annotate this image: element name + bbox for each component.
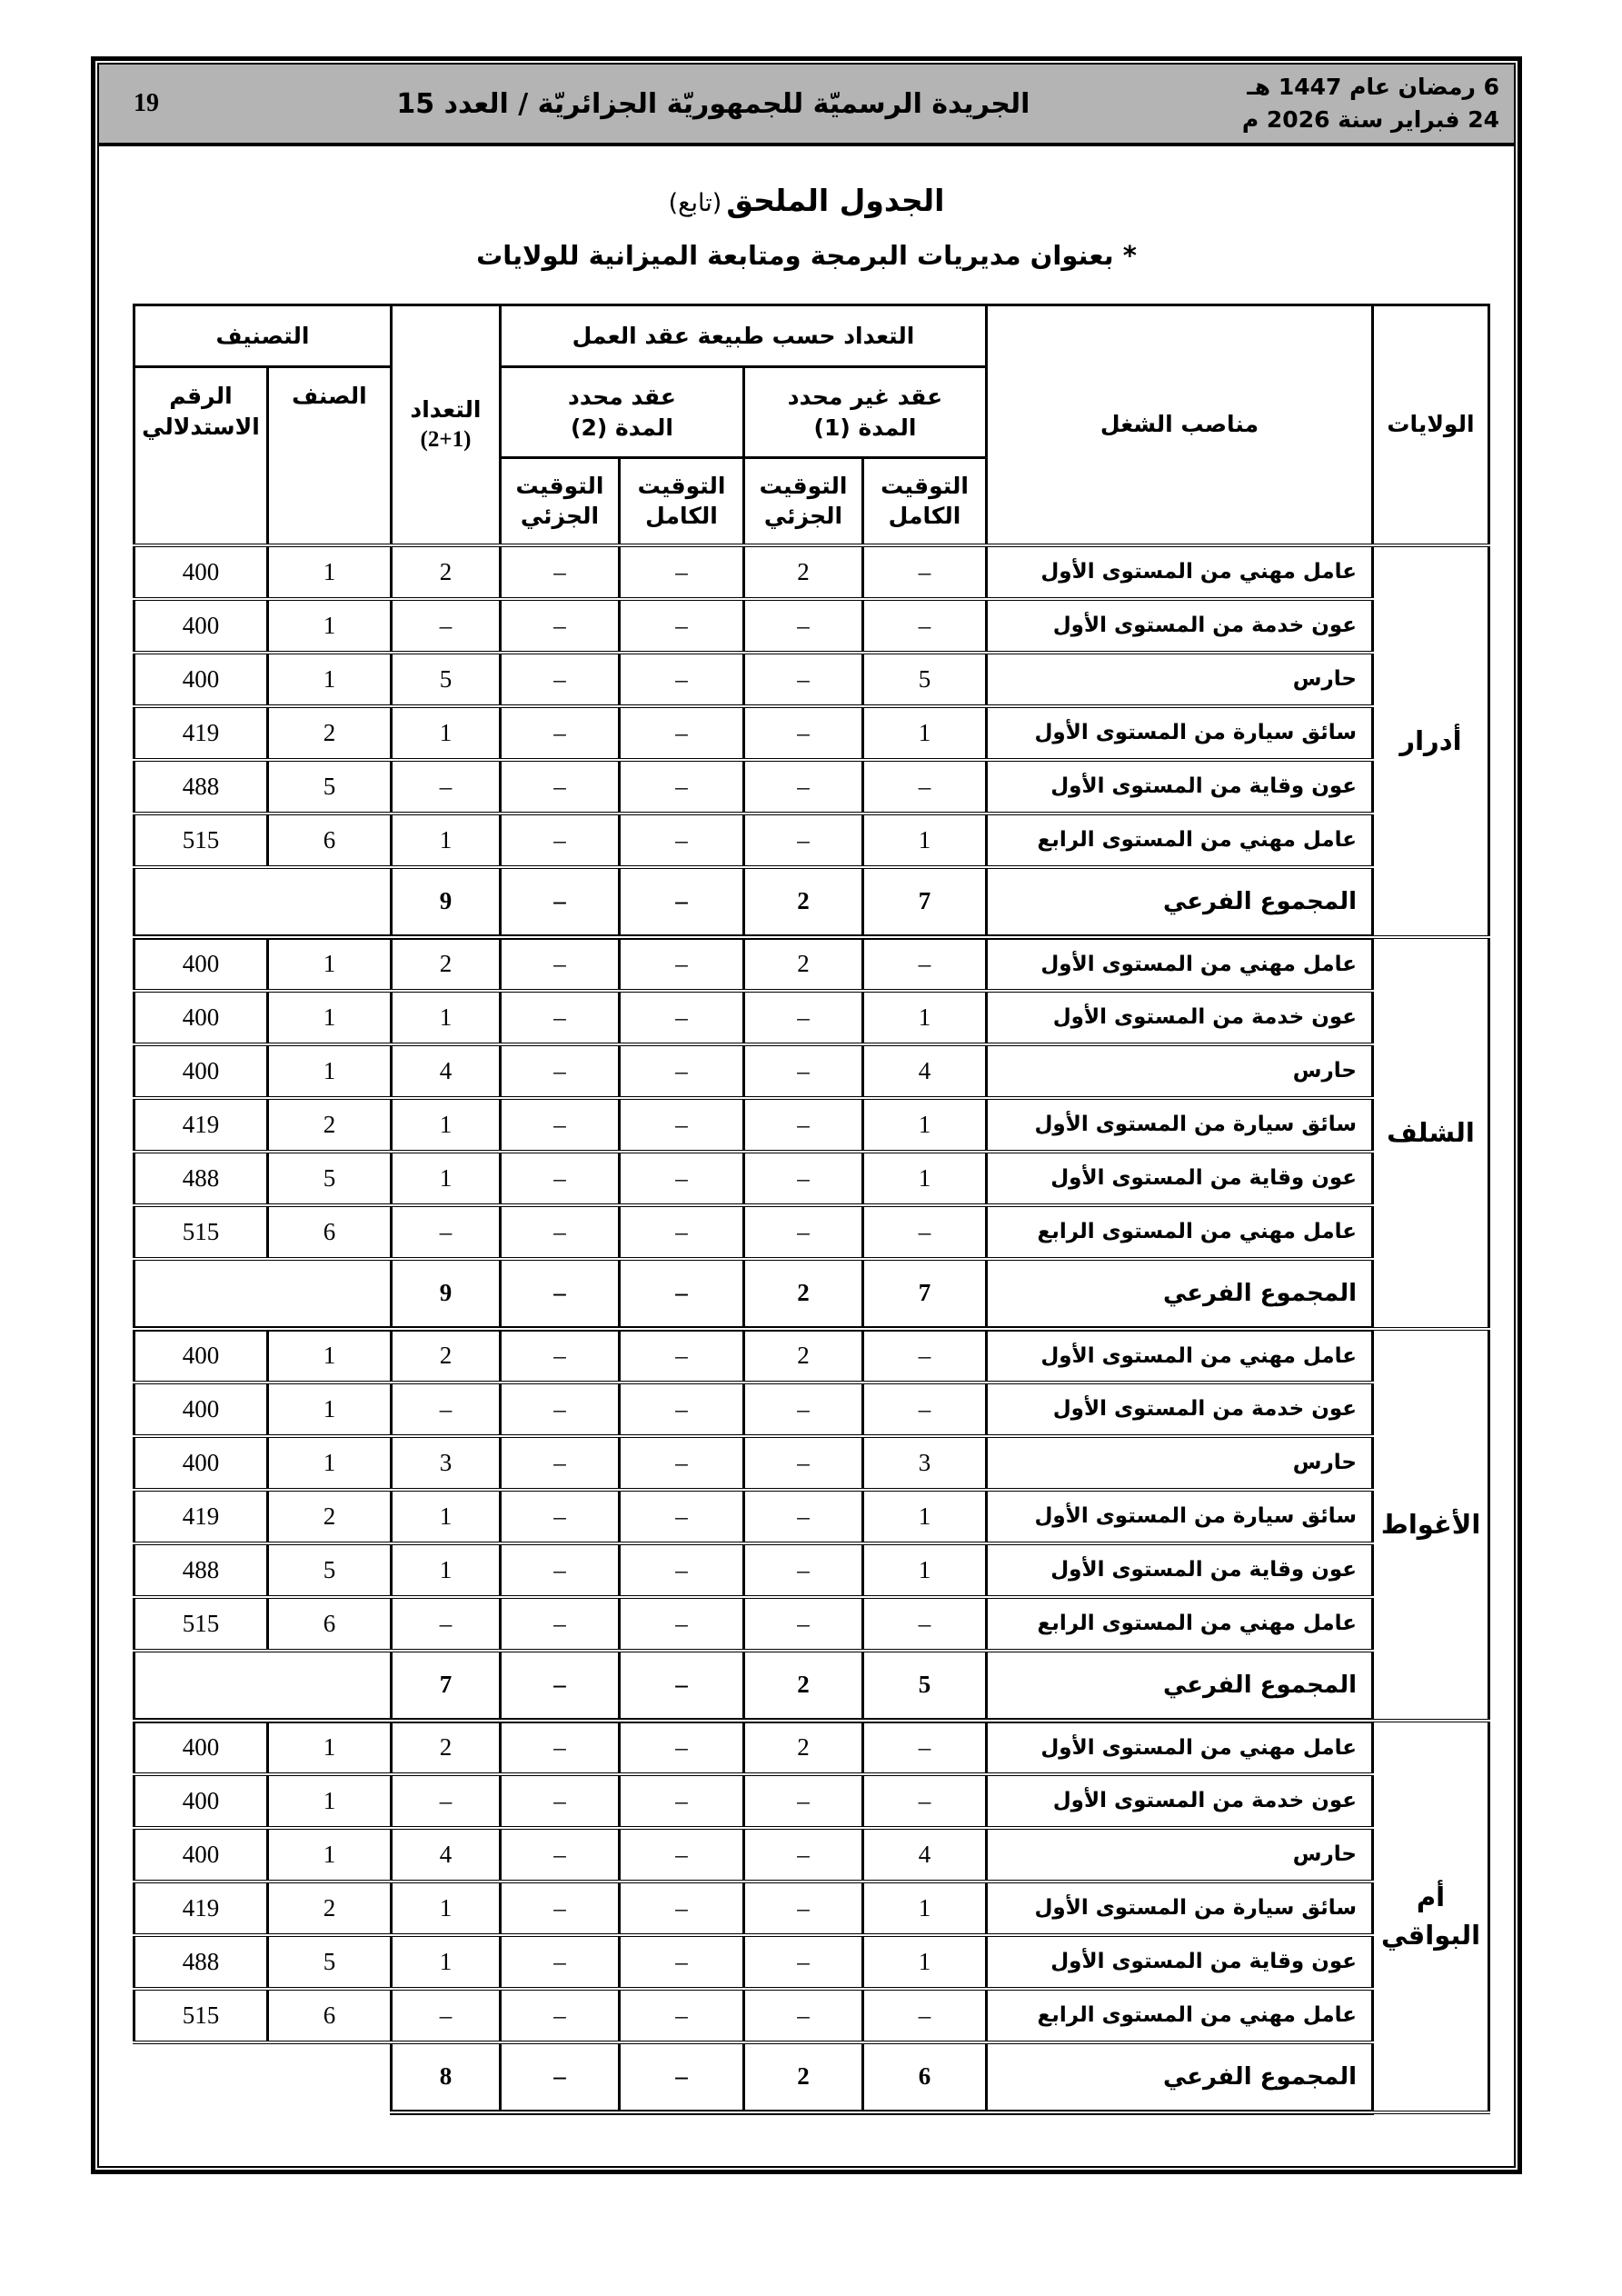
cell-total: 1 (391, 991, 500, 1044)
cell-c2-part: – (500, 1383, 619, 1436)
cell-c2-part: – (500, 1989, 619, 2042)
subtotal-blank-cell (134, 1259, 391, 1329)
cell-total: 1 (391, 1490, 500, 1543)
cell-index: 400 (134, 1329, 267, 1383)
cell-c1-part: – (744, 814, 863, 867)
cell-c2-full: – (620, 1152, 744, 1205)
cell-c2-full: – (620, 1543, 744, 1597)
cell-total: 2 (391, 937, 500, 991)
cell-index: 488 (134, 760, 267, 814)
cell-wilaya: أدرار (1373, 545, 1489, 937)
table-row: عون وقاية من المستوى الأول–––––5488 (134, 760, 1488, 814)
cell-c1-part: – (744, 1383, 863, 1436)
gazette-title: الجريدة الرسميّة للجمهوريّة الجزائريّة /… (184, 88, 1242, 120)
cell-c1-part: – (744, 1436, 863, 1490)
table-row: عون وقاية من المستوى الأول1–––15488 (134, 1935, 1488, 1989)
cell-c2-full: – (620, 1882, 744, 1935)
cell-grade: 1 (267, 1436, 391, 1490)
cell-c1-part: – (744, 1205, 863, 1259)
cell-c1-full: 4 (863, 1828, 987, 1882)
cell-c1-part: 2 (744, 1329, 863, 1383)
cell-index: 419 (134, 706, 267, 760)
cell-c2-full: – (620, 1935, 744, 1989)
header-c1-part-time: التوقيت الجزئي (744, 458, 863, 545)
cell-index: 515 (134, 1989, 267, 2042)
cell-total: – (391, 1597, 500, 1651)
cell-job: عون وقاية من المستوى الأول (987, 1152, 1373, 1205)
cell-grade: 2 (267, 1098, 391, 1152)
annex-title: الجدول الملحق (تابع) (99, 183, 1514, 218)
cell-c1-part: – (744, 1044, 863, 1098)
cell-index: 419 (134, 1098, 267, 1152)
issue-dates: 6 رمضان عام 1447 هـ 24 فبراير سنة 2026 م (1242, 71, 1514, 137)
cell-total: – (391, 1989, 500, 2042)
cell-c2-part: – (500, 1205, 619, 1259)
cell-c2-full: – (620, 1721, 744, 1774)
subtotal-value-cell: – (500, 1259, 619, 1329)
cell-grade: 2 (267, 706, 391, 760)
header-total-word: التعداد (398, 394, 493, 425)
cell-total: – (391, 1383, 500, 1436)
cell-grade: 1 (267, 937, 391, 991)
cell-c2-full: – (620, 1044, 744, 1098)
cell-c2-part: – (500, 1098, 619, 1152)
header-c2-part-time: التوقيت الجزئي (500, 458, 619, 545)
cell-c1-full: 1 (863, 1098, 987, 1152)
cell-c2-full: – (620, 937, 744, 991)
cell-c1-full: 1 (863, 1152, 987, 1205)
cell-c1-full: 4 (863, 1044, 987, 1098)
cell-job: عون خدمة من المستوى الأول (987, 991, 1373, 1044)
cell-c1-part: – (744, 1098, 863, 1152)
cell-total: 1 (391, 706, 500, 760)
cell-c1-full: – (863, 545, 987, 599)
cell-c1-full: 1 (863, 814, 987, 867)
cell-grade: 5 (267, 760, 391, 814)
cell-c2-full: – (620, 1383, 744, 1436)
subtotal-row: المجموع الفرعي72––9 (134, 1259, 1488, 1329)
cell-c1-full: – (863, 1597, 987, 1651)
cell-c2-part: – (500, 991, 619, 1044)
cell-c1-part: 2 (744, 937, 863, 991)
subtotal-value-cell: 2 (744, 867, 863, 937)
cell-c2-full: – (620, 1597, 744, 1651)
table-row: عون وقاية من المستوى الأول1–––15488 (134, 1543, 1488, 1597)
cell-grade: 1 (267, 1721, 391, 1774)
annex-title-main: الجدول الملحق (726, 183, 944, 218)
subtotal-blank-cell (134, 2042, 391, 2112)
date-gregorian: 24 فبراير سنة 2026 م (1242, 104, 1499, 136)
table-header: الولايات مناصب الشغل التعداد حسب طبيعة ع… (134, 305, 1488, 545)
cell-grade: 1 (267, 1774, 391, 1828)
cell-job: عامل مهني من المستوى الأول (987, 937, 1373, 991)
masthead-band: 6 رمضان عام 1447 هـ 24 فبراير سنة 2026 م… (99, 65, 1514, 146)
cell-c1-full: 3 (863, 1436, 987, 1490)
cell-c2-part: – (500, 1436, 619, 1490)
header-wilayas: الولايات (1373, 305, 1489, 545)
cell-c1-full: – (863, 937, 987, 991)
cell-c2-part: – (500, 599, 619, 653)
table-row: سائق سيارة من المستوى الأول1–––12419 (134, 1882, 1488, 1935)
table-row: الشلفعامل مهني من المستوى الأول–2––21400 (134, 937, 1488, 991)
cell-grade: 1 (267, 545, 391, 599)
cell-c1-part: – (744, 760, 863, 814)
header-contract-open-ended: عقد غير محدد المدة (1) (744, 367, 987, 458)
table-row: أم البواقيعامل مهني من المستوى الأول–2––… (134, 1721, 1488, 1774)
cell-grade: 6 (267, 1205, 391, 1259)
subtotal-label-cell: المجموع الفرعي (987, 867, 1373, 937)
cell-total: – (391, 1774, 500, 1828)
header-c1-full-time: التوقيت الكامل (863, 458, 987, 545)
cell-grade: 1 (267, 1828, 391, 1882)
cell-c1-part: – (744, 1774, 863, 1828)
cell-c1-full: – (863, 1329, 987, 1383)
cell-grade: 5 (267, 1543, 391, 1597)
table-row: عامل مهني من المستوى الرابع–––––6515 (134, 1989, 1488, 2042)
cell-c1-part: – (744, 1882, 863, 1935)
cell-grade: 5 (267, 1935, 391, 1989)
header-contract-open-line2: المدة (1) (751, 413, 980, 444)
cell-c1-full: 1 (863, 1882, 987, 1935)
subtotal-value-cell: 2 (744, 1651, 863, 1721)
cell-c1-part: – (744, 1543, 863, 1597)
cell-c2-part: – (500, 760, 619, 814)
cell-total: 2 (391, 1721, 500, 1774)
table-row: حارس3–––31400 (134, 1436, 1488, 1490)
cell-index: 419 (134, 1882, 267, 1935)
cell-total: 4 (391, 1828, 500, 1882)
cell-index: 488 (134, 1935, 267, 1989)
cell-job: عامل مهني من المستوى الرابع (987, 814, 1373, 867)
cell-c2-part: – (500, 1935, 619, 1989)
table-row: سائق سيارة من المستوى الأول1–––12419 (134, 1490, 1488, 1543)
cell-c1-full: – (863, 1989, 987, 2042)
header-total: التعداد (2+1) (391, 305, 500, 545)
subtotal-row: المجموع الفرعي52––7 (134, 1651, 1488, 1721)
cell-job: عون وقاية من المستوى الأول (987, 760, 1373, 814)
subtotal-value-cell: – (500, 2042, 619, 2112)
cell-c1-part: 2 (744, 1721, 863, 1774)
header-jobs: مناصب الشغل (987, 305, 1373, 545)
cell-index: 400 (134, 1383, 267, 1436)
cell-index: 400 (134, 991, 267, 1044)
cell-index: 400 (134, 1721, 267, 1774)
subtotal-value-cell: 9 (391, 1259, 500, 1329)
table-row: سائق سيارة من المستوى الأول1–––12419 (134, 1098, 1488, 1152)
cell-index: 400 (134, 937, 267, 991)
table-body: أدرارعامل مهني من المستوى الأول–2––21400… (134, 545, 1488, 2112)
cell-index: 515 (134, 1205, 267, 1259)
cell-c2-full: – (620, 599, 744, 653)
cell-c1-full: 1 (863, 1543, 987, 1597)
cell-job: سائق سيارة من المستوى الأول (987, 706, 1373, 760)
cell-index: 400 (134, 1828, 267, 1882)
cell-total: 1 (391, 1543, 500, 1597)
header-contract-open-line1: عقد غير محدد (751, 382, 980, 413)
cell-c1-part: – (744, 1828, 863, 1882)
table-row: عامل مهني من المستوى الرابع1–––16515 (134, 814, 1488, 867)
page-frame: 6 رمضان عام 1447 هـ 24 فبراير سنة 2026 م… (91, 56, 1522, 2174)
cell-c2-full: – (620, 760, 744, 814)
cell-index: 488 (134, 1543, 267, 1597)
annex-subtitle: * بعنوان مديريات البرمجة ومتابعة الميزان… (99, 240, 1514, 271)
cell-c2-full: – (620, 1098, 744, 1152)
cell-index: 400 (134, 1044, 267, 1098)
subtotal-row: المجموع الفرعي72––9 (134, 867, 1488, 937)
cell-c2-part: – (500, 1490, 619, 1543)
annex-title-continued: (تابع) (669, 189, 722, 217)
subtotal-label-cell: المجموع الفرعي (987, 2042, 1373, 2112)
cell-job: سائق سيارة من المستوى الأول (987, 1098, 1373, 1152)
cell-job: عامل مهني من المستوى الرابع (987, 1205, 1373, 1259)
cell-c1-part: – (744, 599, 863, 653)
cell-c2-full: – (620, 1490, 744, 1543)
cell-job: سائق سيارة من المستوى الأول (987, 1490, 1373, 1543)
cell-grade: 1 (267, 991, 391, 1044)
header-classification: التصنيف (134, 305, 391, 367)
header-grade: الصنف (267, 367, 391, 545)
cell-c2-full: – (620, 1205, 744, 1259)
cell-c1-full: – (863, 1383, 987, 1436)
cell-c2-part: – (500, 1882, 619, 1935)
cell-grade: 1 (267, 599, 391, 653)
date-hijri: 6 رمضان عام 1447 هـ (1242, 71, 1499, 104)
cell-c2-part: – (500, 1044, 619, 1098)
table-row: حارس4–––41400 (134, 1044, 1488, 1098)
cell-grade: 5 (267, 1152, 391, 1205)
cell-total: 1 (391, 814, 500, 867)
cell-c1-part: – (744, 991, 863, 1044)
cell-c2-full: – (620, 991, 744, 1044)
cell-grade: 2 (267, 1882, 391, 1935)
cell-total: 1 (391, 1935, 500, 1989)
cell-index: 400 (134, 545, 267, 599)
cell-c2-part: – (500, 1543, 619, 1597)
cell-job: عون خدمة من المستوى الأول (987, 1774, 1373, 1828)
cell-c2-full: – (620, 1828, 744, 1882)
cell-c1-part: – (744, 1597, 863, 1651)
cell-grade: 1 (267, 1044, 391, 1098)
cell-c1-full: 5 (863, 653, 987, 706)
cell-c2-part: – (500, 814, 619, 867)
subtotal-value-cell: – (620, 1259, 744, 1329)
cell-total: 2 (391, 545, 500, 599)
cell-c2-part: – (500, 1774, 619, 1828)
cell-c1-full: 1 (863, 991, 987, 1044)
cell-job: حارس (987, 1828, 1373, 1882)
subtotal-value-cell: 7 (863, 1259, 987, 1329)
cell-total: 1 (391, 1098, 500, 1152)
header-contract-fixed-line1: عقد محدد (507, 382, 737, 413)
cell-c1-full: – (863, 1205, 987, 1259)
table-row: عون وقاية من المستوى الأول1–––15488 (134, 1152, 1488, 1205)
header-contract-fixed-line2: المدة (2) (507, 413, 737, 444)
table-row: حارس5–––51400 (134, 653, 1488, 706)
staffing-table: الولايات مناصب الشغل التعداد حسب طبيعة ع… (133, 304, 1490, 2115)
cell-grade: 6 (267, 814, 391, 867)
subtotal-value-cell: 6 (863, 2042, 987, 2112)
table-row: سائق سيارة من المستوى الأول1–––12419 (134, 706, 1488, 760)
table-row: عامل مهني من المستوى الرابع–––––6515 (134, 1597, 1488, 1651)
cell-c2-part: – (500, 706, 619, 760)
subtotal-label-cell: المجموع الفرعي (987, 1259, 1373, 1329)
cell-job: عامل مهني من المستوى الأول (987, 545, 1373, 599)
table-row: حارس4–––41400 (134, 1828, 1488, 1882)
cell-index: 515 (134, 814, 267, 867)
cell-wilaya: الشلف (1373, 937, 1489, 1329)
cell-c1-full: 1 (863, 1935, 987, 1989)
subtotal-value-cell: 7 (863, 867, 987, 937)
cell-job: حارس (987, 1436, 1373, 1490)
cell-c2-full: – (620, 653, 744, 706)
subtotal-value-cell: – (500, 1651, 619, 1721)
cell-total: 1 (391, 1882, 500, 1935)
cell-c2-part: – (500, 545, 619, 599)
cell-index: 515 (134, 1597, 267, 1651)
subtotal-value-cell: – (620, 2042, 744, 2112)
subtotal-value-cell: 9 (391, 867, 500, 937)
table-row: عون خدمة من المستوى الأول–––––1400 (134, 1383, 1488, 1436)
cell-total: 5 (391, 653, 500, 706)
table-row: الأغواطعامل مهني من المستوى الأول–2––214… (134, 1329, 1488, 1383)
header-c2-full-time: التوقيت الكامل (620, 458, 744, 545)
cell-c1-full: 1 (863, 706, 987, 760)
cell-c2-part: – (500, 653, 619, 706)
cell-c1-part: – (744, 1490, 863, 1543)
page-number: 19 (99, 89, 184, 118)
cell-grade: 6 (267, 1989, 391, 2042)
cell-total: – (391, 599, 500, 653)
cell-c1-part: – (744, 1989, 863, 2042)
cell-job: حارس (987, 1044, 1373, 1098)
cell-job: عامل مهني من المستوى الرابع (987, 1597, 1373, 1651)
cell-c2-full: – (620, 545, 744, 599)
cell-c1-part: – (744, 1152, 863, 1205)
cell-c1-full: – (863, 1721, 987, 1774)
subtotal-label-cell: المجموع الفرعي (987, 1651, 1373, 1721)
cell-index: 488 (134, 1152, 267, 1205)
cell-job: حارس (987, 653, 1373, 706)
cell-total: 1 (391, 1152, 500, 1205)
subtotal-value-cell: 2 (744, 1259, 863, 1329)
table-row: عون خدمة من المستوى الأول1–––11400 (134, 991, 1488, 1044)
cell-c2-part: – (500, 1721, 619, 1774)
cell-grade: 2 (267, 1490, 391, 1543)
cell-job: عون وقاية من المستوى الأول (987, 1935, 1373, 1989)
cell-c2-part: – (500, 937, 619, 991)
cell-c2-part: – (500, 1597, 619, 1651)
table-row: عامل مهني من المستوى الرابع–––––6515 (134, 1205, 1488, 1259)
cell-c2-full: – (620, 1329, 744, 1383)
cell-index: 400 (134, 1436, 267, 1490)
cell-c1-full: – (863, 1774, 987, 1828)
subtotal-value-cell: – (620, 867, 744, 937)
cell-c2-part: – (500, 1828, 619, 1882)
cell-index: 400 (134, 1774, 267, 1828)
header-contract-fixed-term: عقد محدد المدة (2) (500, 367, 743, 458)
cell-c1-part: – (744, 706, 863, 760)
subtotal-blank-cell (134, 1651, 391, 1721)
cell-total: 4 (391, 1044, 500, 1098)
cell-c2-part: – (500, 1152, 619, 1205)
subtotal-value-cell: 2 (744, 2042, 863, 2112)
cell-grade: 1 (267, 1329, 391, 1383)
cell-c1-full: 1 (863, 1490, 987, 1543)
subtotal-value-cell: 5 (863, 1651, 987, 1721)
table-row: عون خدمة من المستوى الأول–––––1400 (134, 599, 1488, 653)
cell-c2-full: – (620, 1436, 744, 1490)
cell-total: 3 (391, 1436, 500, 1490)
cell-index: 400 (134, 599, 267, 653)
cell-grade: 1 (267, 1383, 391, 1436)
cell-wilaya: أم البواقي (1373, 1721, 1489, 2112)
cell-c2-full: – (620, 814, 744, 867)
cell-c1-full: – (863, 760, 987, 814)
cell-job: عون خدمة من المستوى الأول (987, 1383, 1373, 1436)
cell-c1-part: – (744, 653, 863, 706)
cell-c1-part: – (744, 1935, 863, 1989)
cell-grade: 6 (267, 1597, 391, 1651)
table-row: أدرارعامل مهني من المستوى الأول–2––21400 (134, 545, 1488, 599)
subtotal-row: المجموع الفرعي62––8 (134, 2042, 1488, 2112)
subtotal-blank-cell (134, 867, 391, 937)
header-index-number: الرقم الاستدلالي (134, 367, 267, 545)
header-total-formula: (2+1) (398, 424, 493, 455)
cell-job: عون وقاية من المستوى الأول (987, 1543, 1373, 1597)
cell-c2-full: – (620, 1989, 744, 2042)
subtotal-value-cell: 8 (391, 2042, 500, 2112)
cell-c1-part: 2 (744, 545, 863, 599)
cell-grade: 1 (267, 653, 391, 706)
cell-wilaya: الأغواط (1373, 1329, 1489, 1721)
cell-c2-part: – (500, 1329, 619, 1383)
header-count-by-contract: التعداد حسب طبيعة عقد العمل (500, 305, 986, 367)
cell-total: – (391, 760, 500, 814)
cell-c2-full: – (620, 1774, 744, 1828)
cell-job: عامل مهني من المستوى الأول (987, 1329, 1373, 1383)
cell-total: 2 (391, 1329, 500, 1383)
cell-c1-full: – (863, 599, 987, 653)
cell-c2-full: – (620, 706, 744, 760)
table-row: عون خدمة من المستوى الأول–––––1400 (134, 1774, 1488, 1828)
cell-total: – (391, 1205, 500, 1259)
cell-job: عامل مهني من المستوى الرابع (987, 1989, 1373, 2042)
cell-index: 419 (134, 1490, 267, 1543)
subtotal-value-cell: – (500, 867, 619, 937)
cell-job: عون خدمة من المستوى الأول (987, 599, 1373, 653)
page-frame-inner: 6 رمضان عام 1447 هـ 24 فبراير سنة 2026 م… (97, 63, 1516, 2168)
cell-job: عامل مهني من المستوى الأول (987, 1721, 1373, 1774)
subtotal-value-cell: – (620, 1651, 744, 1721)
cell-job: سائق سيارة من المستوى الأول (987, 1882, 1373, 1935)
subtotal-value-cell: 7 (391, 1651, 500, 1721)
cell-index: 400 (134, 653, 267, 706)
